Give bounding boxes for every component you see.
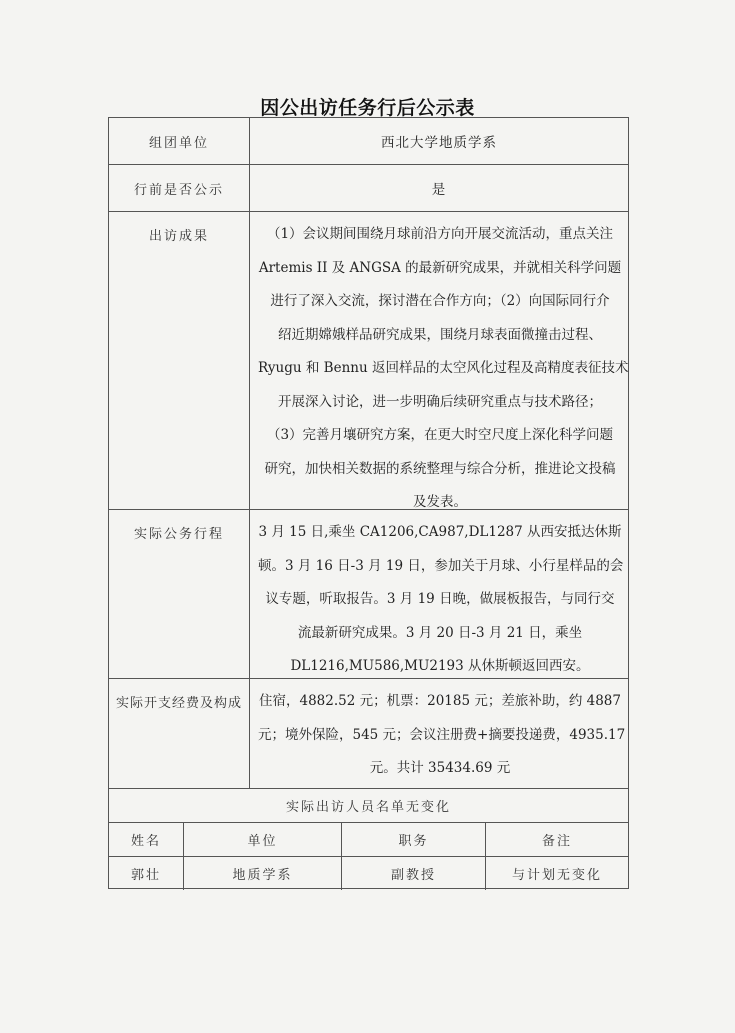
header-unit: 单位: [183, 823, 341, 856]
person-name: 郭壮: [109, 857, 183, 890]
label-pre-trip-announced: 行前是否公示: [109, 165, 250, 211]
label-organizing-unit: 组团单位: [109, 118, 250, 164]
itinerary-line: 流最新研究成果。3 月 20 日-3 月 21 日，乘坐: [258, 617, 622, 651]
expense-line: 住宿，4882.52 元；机票：20185 元；差旅补助，约 4887: [258, 685, 622, 719]
personnel-row: 郭壮 地质学系 副教授 与计划无变化: [109, 856, 628, 890]
value-pre-trip-announced: 是: [250, 165, 628, 211]
outcome-line: 开展深入讨论，进一步明确后续研究重点与技术路径；: [258, 386, 622, 420]
person-remarks: 与计划无变化: [485, 857, 628, 890]
value-actual-itinerary: 3 月 15 日,乘坐 CA1206,CA987,DL1287 从西安抵达休斯 …: [250, 510, 628, 678]
row-actual-expenses: 实际开支经费及构成 住宿，4882.52 元；机票：20185 元；差旅补助，约…: [109, 678, 628, 788]
announcement-table: 组团单位 西北大学地质学系 行前是否公示 是 出访成果 （1）会议期间围绕月球前…: [108, 117, 629, 889]
label-actual-itinerary: 实际公务行程: [109, 510, 250, 678]
person-position: 副教授: [341, 857, 485, 890]
label-actual-expenses: 实际开支经费及构成: [109, 679, 250, 788]
value-actual-expenses: 住宿，4882.52 元；机票：20185 元；差旅补助，约 4887 元；境外…: [250, 679, 628, 788]
document-title: 因公出访任务行后公示表: [0, 93, 735, 120]
personnel-note: 实际出访人员名单无变化: [109, 789, 628, 822]
expense-line: 元。共计 35434.69 元: [258, 752, 622, 786]
itinerary-line: 议专题，听取报告。3 月 19 日晚，做展板报告，与同行交: [258, 583, 622, 617]
outcome-line: （1）会议期间围绕月球前沿方向开展交流活动，重点关注: [258, 218, 622, 252]
value-organizing-unit: 西北大学地质学系: [250, 118, 628, 164]
value-visit-outcomes: （1）会议期间围绕月球前沿方向开展交流活动，重点关注 Artemis II 及 …: [250, 212, 628, 509]
itinerary-line: 顿。3 月 16 日-3 月 19 日，参加关于月球、小行星样品的会: [258, 550, 622, 584]
outcome-line: 绍近期嫦娥样品研究成果，围绕月球表面微撞击过程、: [258, 319, 622, 353]
outcome-line: （3）完善月壤研究方案，在更大时空尺度上深化科学问题: [258, 419, 622, 453]
outcome-line: Artemis II 及 ANGSA 的最新研究成果，并就相关科学问题: [258, 252, 622, 286]
expense-line: 元；境外保险，545 元；会议注册费+摘要投递费，4935.17: [258, 719, 622, 753]
header-position: 职务: [341, 823, 485, 856]
row-visit-outcomes: 出访成果 （1）会议期间围绕月球前沿方向开展交流活动，重点关注 Artemis …: [109, 211, 628, 509]
row-personnel-note: 实际出访人员名单无变化: [109, 788, 628, 822]
label-visit-outcomes: 出访成果: [109, 212, 250, 509]
row-organizing-unit: 组团单位 西北大学地质学系: [109, 118, 628, 164]
person-unit: 地质学系: [183, 857, 341, 890]
outcome-line: Ryugu 和 Bennu 返回样品的太空风化过程及高精度表征技术: [258, 352, 622, 386]
personnel-header-row: 姓名 单位 职务 备注: [109, 822, 628, 856]
header-remarks: 备注: [485, 823, 628, 856]
row-pre-trip-announced: 行前是否公示 是: [109, 164, 628, 211]
row-actual-itinerary: 实际公务行程 3 月 15 日,乘坐 CA1206,CA987,DL1287 从…: [109, 509, 628, 678]
outcome-line: 研究，加快相关数据的系统整理与综合分析，推进论文投稿: [258, 453, 622, 487]
header-name: 姓名: [109, 823, 183, 856]
itinerary-line: 3 月 15 日,乘坐 CA1206,CA987,DL1287 从西安抵达休斯: [258, 516, 622, 550]
outcome-line: 进行了深入交流，探讨潜在合作方向；（2）向国际同行介: [258, 285, 622, 319]
